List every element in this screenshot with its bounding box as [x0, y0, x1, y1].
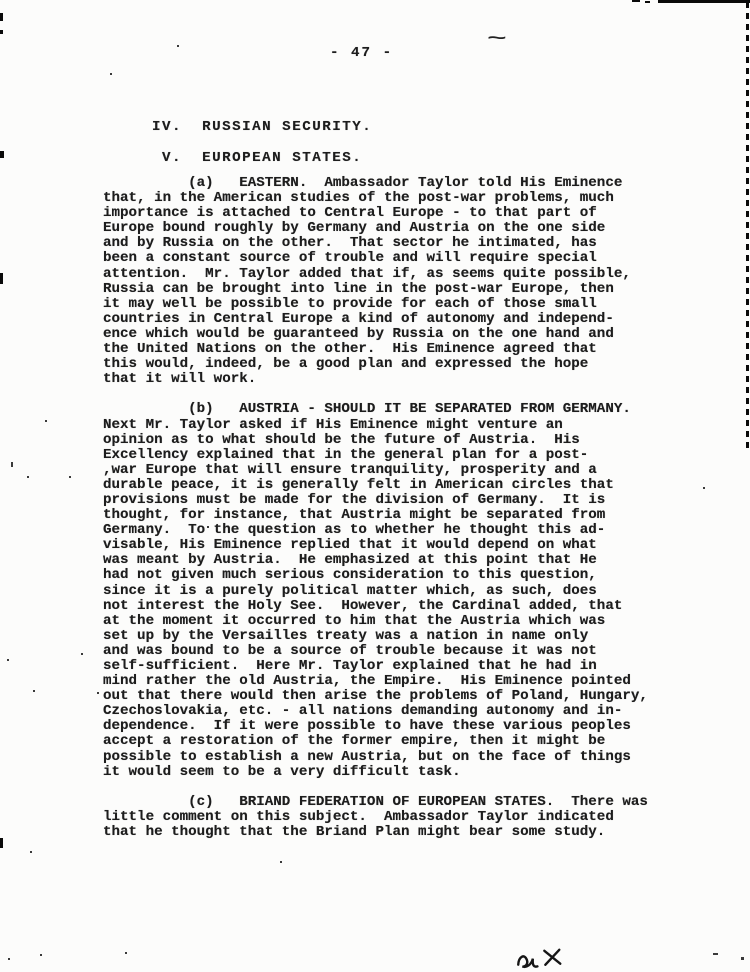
scan-artifact-tilde-mark: ~ — [487, 30, 507, 49]
noise-speck — [11, 462, 13, 467]
paragraph-a-eastern: (a) EASTERN. Ambassador Taylor told His … — [103, 176, 703, 387]
noise-speck — [40, 954, 42, 956]
noise-speck — [110, 73, 112, 75]
scan-artifact-left-edge-mark — [0, 30, 3, 34]
noise-speck — [97, 692, 99, 694]
handwritten-scribble — [514, 942, 570, 972]
scan-artifact-right-dashed-border — [746, 2, 749, 450]
noise-speck — [741, 957, 744, 960]
paragraph-c-briand-federation: (c) BRIAND FEDERATION OF EUROPEAN STATES… — [103, 795, 703, 840]
noise-speck — [27, 476, 29, 478]
noise-speck — [81, 653, 83, 655]
scan-artifact-top-dash — [632, 0, 640, 2]
noise-speck — [703, 487, 705, 489]
noise-speck — [713, 953, 718, 955]
scan-artifact-left-edge-mark — [0, 13, 3, 21]
scan-artifact-left-edge-mark — [0, 273, 3, 284]
section-headings: IV. RUSSIAN SECURITY. V. EUROPEAN STATES… — [152, 120, 372, 182]
noise-speck — [8, 958, 10, 960]
noise-speck — [30, 851, 32, 853]
document-body: (a) EASTERN. Ambassador Taylor told His … — [103, 176, 703, 855]
scan-artifact-top-dash — [645, 1, 650, 3]
scan-artifact-left-edge-mark — [0, 151, 4, 158]
noise-speck — [177, 45, 179, 47]
noise-speck — [69, 476, 71, 478]
noise-speck — [280, 861, 282, 863]
paragraph-b-austria: (b) AUSTRIA - SHOULD IT BE SEPARATED FRO… — [103, 402, 703, 779]
noise-speck — [33, 690, 35, 692]
noise-speck — [125, 952, 127, 954]
scanned-document-page: - 47 - ~ IV. RUSSIAN SECURITY. V. EUROPE… — [0, 0, 750, 972]
scan-artifact-left-edge-mark — [0, 838, 3, 848]
noise-speck — [45, 420, 47, 422]
section-heading-european-states: V. EUROPEAN STATES. — [152, 151, 372, 166]
noise-speck — [7, 659, 9, 661]
handwritten-scribble-svg — [514, 942, 570, 972]
section-heading-russian-security: IV. RUSSIAN SECURITY. — [152, 120, 372, 135]
page-number: - 47 - — [330, 46, 393, 61]
scan-artifact-top-right-line — [658, 0, 750, 3]
